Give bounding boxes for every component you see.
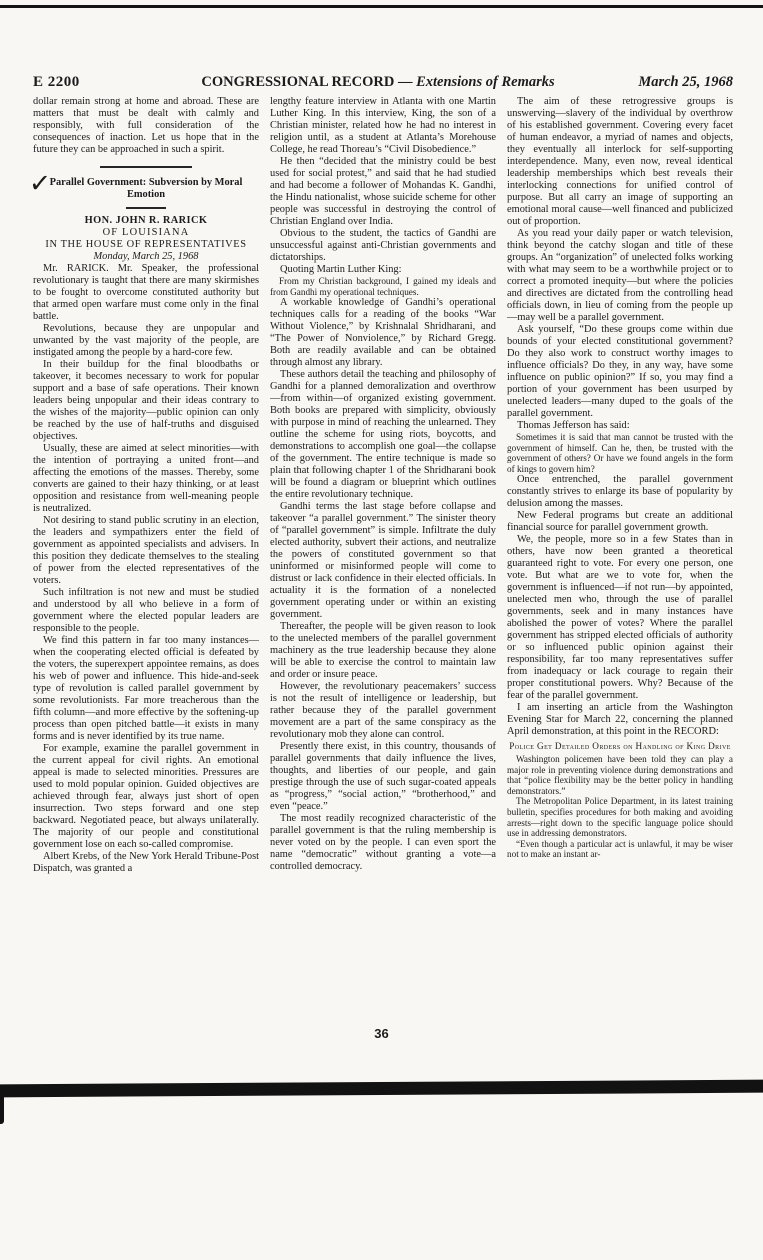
- column-2: lengthy feature interview in Atlanta wit…: [270, 96, 496, 994]
- checkmark-icon: ✓: [33, 168, 52, 199]
- body-paragraph: As you read your daily paper or watch te…: [507, 228, 733, 324]
- body-paragraph: Such infiltration is not new and must be…: [33, 587, 259, 635]
- body-paragraph: A workable knowledge of Gandhi’s operati…: [270, 297, 496, 369]
- article-title: Parallel Government: Subversion by Moral…: [33, 177, 259, 201]
- section-divider-rule: [100, 166, 192, 168]
- continuation-paragraph: lengthy feature interview in Atlanta wit…: [270, 96, 496, 156]
- inserted-article-paragraph: The Metropolitan Police Department, in i…: [507, 796, 733, 838]
- page-header: E 2200 CONGRESSIONAL RECORD — Extensions…: [33, 74, 733, 91]
- speaker-state: OF LOUISIANA: [33, 227, 259, 239]
- header-journal-name: CONGRESSIONAL RECORD: [201, 74, 394, 90]
- header-dash: —: [398, 74, 413, 90]
- speaker-name: HON. JOHN R. RARICK: [33, 215, 259, 227]
- body-paragraph: The most readily recognized characterist…: [270, 813, 496, 873]
- body-paragraph: Albert Krebs, of the New York Herald Tri…: [33, 851, 259, 875]
- body-paragraph: However, the revolutionary peacemakers’ …: [270, 681, 496, 741]
- body-paragraph: These authors detail the teaching and ph…: [270, 369, 496, 501]
- body-paragraph: Presently there exist, in this country, …: [270, 741, 496, 813]
- header-title: CONGRESSIONAL RECORD — Extensions of Rem…: [143, 74, 613, 91]
- inserted-article-subhead: Police Get Detailed Orders on Handling o…: [507, 741, 733, 752]
- body-paragraph: Ask yourself, “Do these groups come with…: [507, 324, 733, 420]
- body-paragraph: Mr. RARICK. Mr. Speaker, the professiona…: [33, 263, 259, 323]
- header-section-name: Extensions of Remarks: [416, 74, 555, 90]
- header-page-number: E 2200: [33, 74, 143, 91]
- header-date: March 25, 1968: [613, 74, 733, 91]
- blockquote-jefferson: Sometimes it is said that man cannot be …: [507, 432, 733, 474]
- inserted-article-paragraph: Washington policemen have been told they…: [507, 754, 733, 796]
- session-date: Monday, March 25, 1968: [33, 251, 259, 263]
- continuation-paragraph: dollar remain strong at home and abroad.…: [33, 96, 259, 156]
- title-divider-rule: [126, 207, 166, 209]
- body-paragraph: Once entrenched, the parallel government…: [507, 474, 733, 510]
- body-paragraph: We find this pattern in far too many ins…: [33, 635, 259, 743]
- quote-intro: Thomas Jefferson has said:: [507, 420, 733, 432]
- body-paragraph: Thereafter, the people will be given rea…: [270, 621, 496, 681]
- scan-artifact-left-hook: [0, 1094, 4, 1124]
- body-paragraph: Not desiring to stand public scrutiny in…: [33, 515, 259, 587]
- article-header: ✓ Parallel Government: Subversion by Mor…: [33, 177, 259, 201]
- body-paragraph: For example, examine the parallel govern…: [33, 743, 259, 851]
- body-paragraph: New Federal programs but create an addit…: [507, 510, 733, 534]
- body-paragraph: Gandhi terms the last stage before colla…: [270, 501, 496, 621]
- body-paragraph: We, the people, more so in a few States …: [507, 534, 733, 702]
- three-column-body: dollar remain strong at home and abroad.…: [33, 96, 734, 994]
- body-paragraph: Obvious to the student, the tactics of G…: [270, 228, 496, 264]
- body-paragraph: The aim of these retrogressive groups is…: [507, 96, 733, 228]
- body-paragraph: I am inserting an article from the Washi…: [507, 702, 733, 738]
- body-paragraph: He then “decided that the ministry could…: [270, 156, 496, 228]
- quote-intro: Quoting Martin Luther King:: [270, 264, 496, 276]
- column-1: dollar remain strong at home and abroad.…: [33, 96, 259, 994]
- blockquote-king: From my Christian background, I gained m…: [270, 276, 496, 297]
- scan-artifact-top-line: [0, 5, 763, 8]
- column-3: The aim of these retrogressive groups is…: [507, 96, 733, 994]
- footer-page-number: 36: [0, 1026, 763, 1041]
- chamber-line: IN THE HOUSE OF REPRESENTATIVES: [33, 239, 259, 251]
- inserted-article-paragraph: “Even though a particular act is unlawfu…: [507, 839, 733, 860]
- body-paragraph: Usually, these are aimed at select minor…: [33, 443, 259, 515]
- body-paragraph: In their buildup for the final bloodbath…: [33, 359, 259, 443]
- body-paragraph: Revolutions, because they are unpopular …: [33, 323, 259, 359]
- scanned-congressional-record-page: { "colors": { "paper": "#f8f7f4", "ink":…: [0, 0, 763, 1260]
- scan-artifact-bottom-bar: [0, 1080, 763, 1098]
